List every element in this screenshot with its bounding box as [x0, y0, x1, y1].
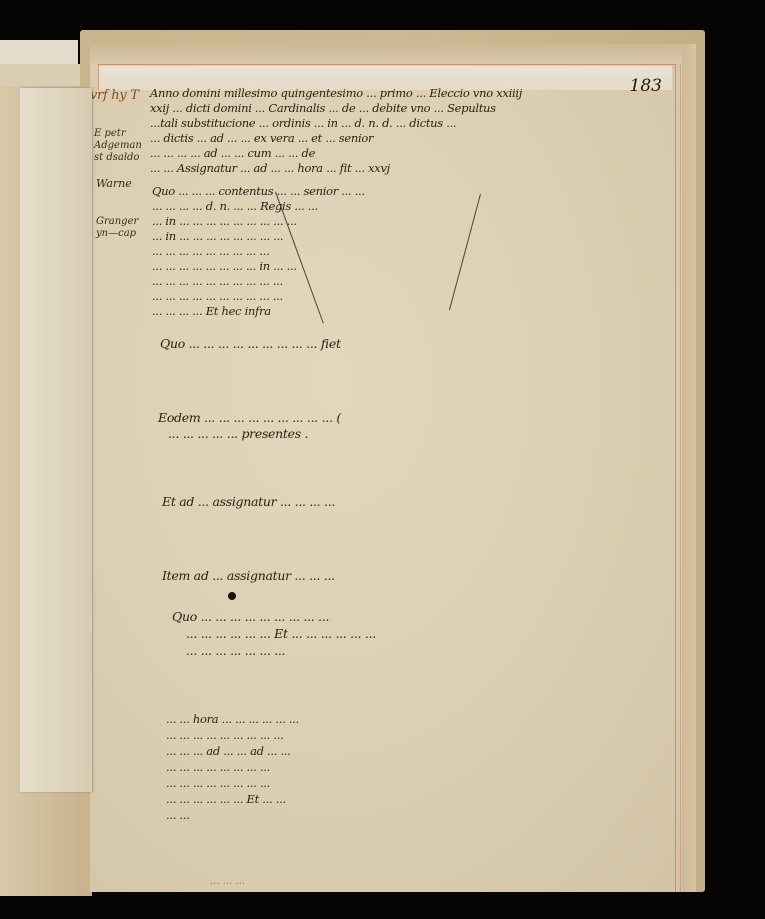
- page-right-margin: [682, 44, 696, 892]
- text-line: Quo ... ... ... ... ... ... ... ... ... …: [160, 336, 341, 352]
- text-line: ... ... ... ... ad ... ... cum ... ... d…: [150, 146, 315, 162]
- stacked-leaf-middle: [0, 64, 80, 86]
- text-line: Et ad ... assignatur ... ... ... ...: [162, 494, 335, 510]
- red-ruling-left: [98, 64, 99, 90]
- ink-blot: [228, 592, 236, 600]
- manuscript-page: 183 vrf hy T E petr Adgeman st dsaldo Wa…: [90, 44, 696, 892]
- text-line: Item ad ... assignatur ... ... ...: [162, 568, 335, 584]
- text-line: ... ... ... ... ... ... Et ... ...: [166, 792, 286, 808]
- red-ruling-right: [675, 64, 676, 892]
- text-line: ... ... ... ... Et hec infra: [152, 304, 271, 320]
- text-line: Quo ... ... ... contentus ... ... senior…: [152, 184, 365, 200]
- text-line: ... ... ... ... ... ... ... ... ...: [166, 728, 283, 744]
- page-top-band: [90, 44, 696, 64]
- margin-note-2: Warne: [96, 178, 132, 190]
- text-line: ... ... ... ... ... ... ... ... ... ...: [152, 289, 283, 305]
- text-line: Anno domini millesimo quingentesimo ... …: [150, 86, 522, 102]
- margin-note-3: Granger yn—cap: [96, 216, 138, 240]
- text-line: ... ... ... ... ... ... ...: [186, 643, 285, 659]
- text-line: ... ... ... ... ... ... ... ...: [166, 776, 270, 792]
- text-line: ... ... ... ... ... presentes .: [168, 426, 308, 442]
- text-line: ... ... ... ... ... ... ... ... in ... .…: [152, 259, 297, 275]
- folio-number: 183: [630, 76, 662, 96]
- text-line: ... ... ... ad ... ... ad ... ...: [166, 744, 291, 760]
- red-ruling-right-inner: [680, 64, 681, 892]
- text-line: ...tali substitucione ... ordinis ... in…: [150, 116, 456, 132]
- text-line: ... ... ... ... ... ... ... ...: [166, 760, 270, 776]
- margin-header: vrf hy T: [90, 88, 139, 103]
- text-line: ... ... ... ... d. n. ... ... Regis ... …: [152, 199, 318, 215]
- paper-guard-strip: [20, 88, 92, 792]
- text-line: ... ... Assignatur ... ad ... ... hora .…: [150, 161, 390, 177]
- pen-stroke: [449, 194, 481, 310]
- text-line: ... ...: [166, 808, 190, 824]
- text-line: ... ... ... ... ... ... ... ... ... ...: [152, 274, 283, 290]
- text-line: Quo ... ... ... ... ... ... ... ... ...: [172, 609, 329, 625]
- red-ruling-top: [98, 64, 676, 65]
- text-line: ... ... ... ... ... ... ... ... ...: [152, 244, 269, 260]
- text-line: Eodem ... ... ... ... ... ... ... ... ..…: [158, 410, 341, 426]
- text-line: ... in ... ... ... ... ... ... ... ...: [152, 229, 283, 245]
- text-line: ... dictis ... ad ... ... ex vera ... et…: [150, 131, 373, 147]
- text-line: ... in ... ... ... ... ... ... ... ... .…: [152, 214, 297, 230]
- stacked-leaf-top: [0, 40, 78, 65]
- bottom-faint-note: ... ... ...: [210, 876, 245, 887]
- margin-note-1: E petr Adgeman st dsaldo: [94, 128, 142, 164]
- text-line: ... ... ... ... ... ... Et ... ... ... .…: [186, 626, 376, 642]
- text-line: xxij ... dicti domini ... Cardinalis ...…: [150, 101, 496, 117]
- text-line: ... ... hora ... ... ... ... ... ...: [166, 712, 299, 728]
